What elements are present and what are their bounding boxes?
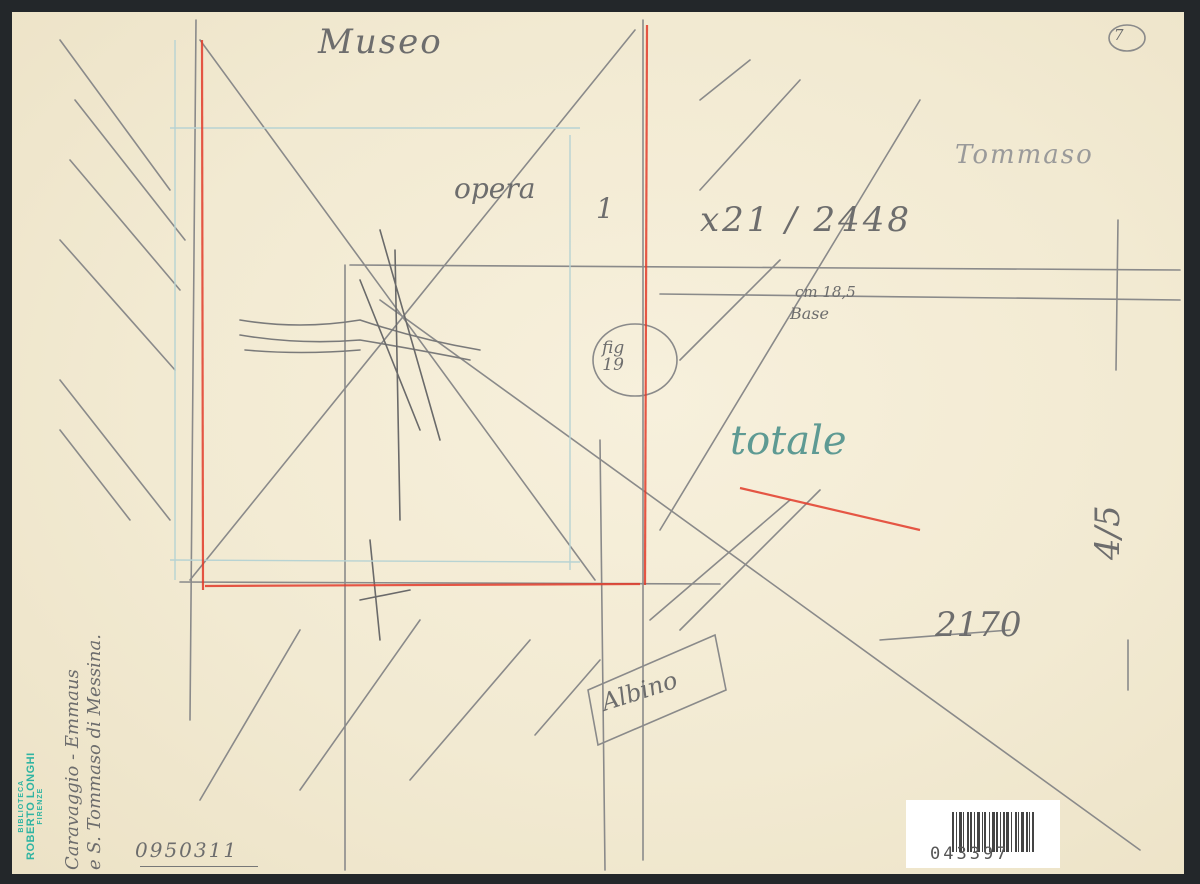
inventory-underline: [140, 866, 258, 867]
annotation-one: 1: [596, 192, 614, 225]
annotation-2170: 2170: [935, 605, 1022, 645]
inventory-number: 0950311: [135, 838, 238, 862]
annotation-tommaso: Tommaso: [955, 140, 1094, 170]
annotation-opera: opera: [454, 172, 535, 205]
annotation-side-figure: 4/5: [1088, 505, 1128, 560]
stamp-line-1: BIBLIOTECA: [18, 752, 25, 860]
caption-line-1: Caravaggio - Emmaus: [62, 634, 84, 870]
annotation-base-measure: cm 18,5: [795, 283, 856, 301]
barcode-number: 043397: [930, 844, 1056, 864]
annotation-totale: totale: [730, 418, 847, 464]
page-number: 7: [1114, 26, 1124, 44]
barcode-label: 043397: [906, 800, 1060, 868]
annotation-fig: fig 19: [602, 340, 624, 374]
caption: Caravaggio - Emmaus e S. Tommaso di Mess…: [62, 634, 106, 870]
library-stamp: BIBLIOTECA ROBERTO LONGHI FIRENZE: [18, 752, 44, 860]
annotation-museo: Museo: [318, 22, 443, 62]
annotation-dimensions: x21 / 2448: [700, 200, 912, 240]
caption-line-2: e S. Tommaso di Messina.: [84, 634, 106, 870]
stamp-line-2: ROBERTO LONGHI: [25, 752, 37, 860]
fig-number: 19: [602, 357, 624, 374]
annotation-base-label: Base: [790, 304, 829, 323]
stamp-line-3: FIRENZE: [37, 752, 44, 860]
